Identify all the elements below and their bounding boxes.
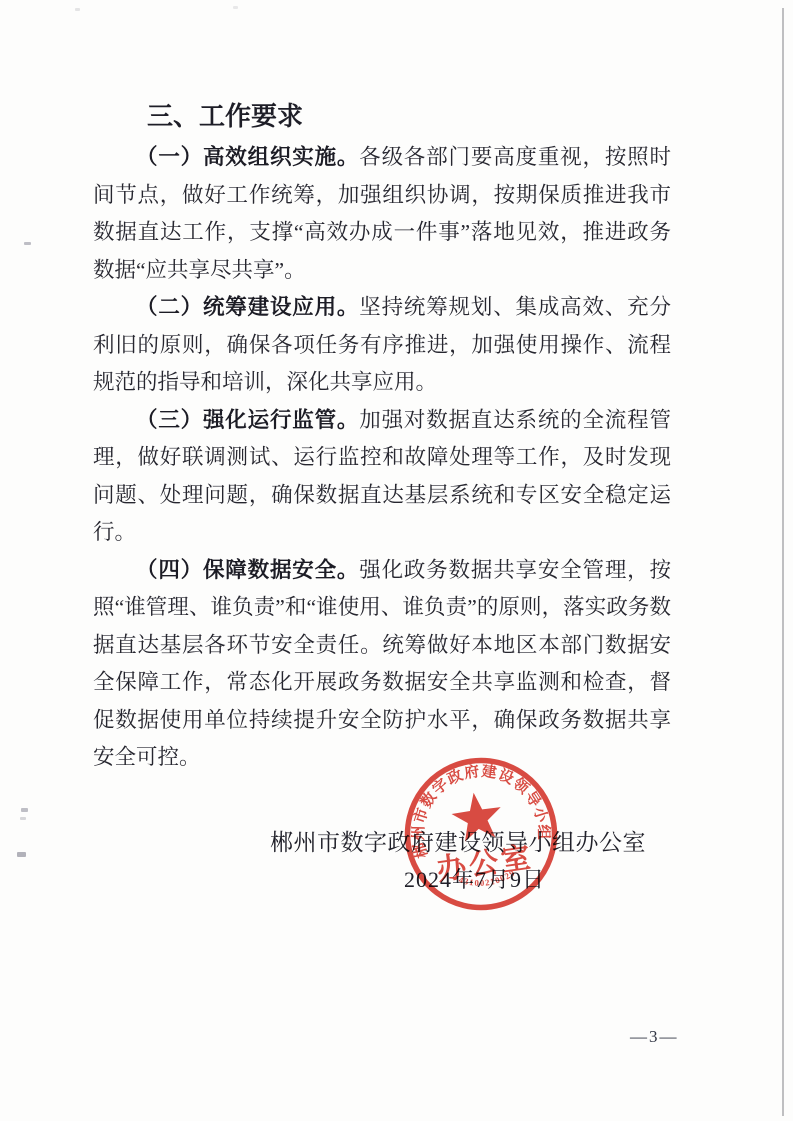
paragraph-4: （四）保障数据安全。强化政务数据共享安全管理，按照“谁管理、谁负责”和“谁使用、… [93, 552, 671, 777]
section-heading: 三、工作要求 [93, 97, 671, 135]
paragraph-1-lead: （一）高效组织实施。 [136, 145, 359, 169]
scanned-document-page: 三、工作要求 （一）高效组织实施。各级各部门要高度重视，按照时间节点，做好工作统… [0, 0, 793, 1121]
official-seal: 郴州市数字政府建设领导小组 办公室 43100210029 [392, 745, 570, 923]
paragraph-2-lead: （二）统筹建设应用。 [136, 295, 359, 319]
page-number: —3— [630, 1027, 679, 1047]
scan-edge-line [782, 8, 784, 1116]
paragraph-3-lead: （三）强化运行监管。 [136, 408, 359, 432]
document-body: 三、工作要求 （一）高效组织实施。各级各部门要高度重视，按照时间节点，做好工作统… [93, 97, 671, 777]
scan-speck [24, 242, 31, 245]
scan-speck [20, 817, 26, 820]
paragraph-2: （二）统筹建设应用。坚持统筹规划、集成高效、充分利旧的原则，确保各项任务有序推进… [93, 289, 671, 402]
seal-star-icon [449, 789, 505, 843]
scan-speck [75, 8, 80, 11]
paragraph-4-lead: （四）保障数据安全。 [136, 558, 359, 582]
scan-speck [233, 6, 238, 9]
paragraph-3: （三）强化运行监管。加强对数据直达系统的全流程管理，做好联调测试、运行监控和故障… [93, 402, 671, 552]
scan-speck [21, 808, 28, 812]
scan-speck [17, 852, 26, 857]
paragraph-4-text: 强化政务数据共享安全管理，按照“谁管理、谁负责”和“谁使用、谁负责”的原则，落实… [93, 558, 671, 770]
paragraph-1: （一）高效组织实施。各级各部门要高度重视，按照时间节点，做好工作统筹，加强组织协… [93, 139, 671, 289]
official-seal-graphic: 郴州市数字政府建设领导小组 办公室 43100210029 [392, 745, 570, 923]
